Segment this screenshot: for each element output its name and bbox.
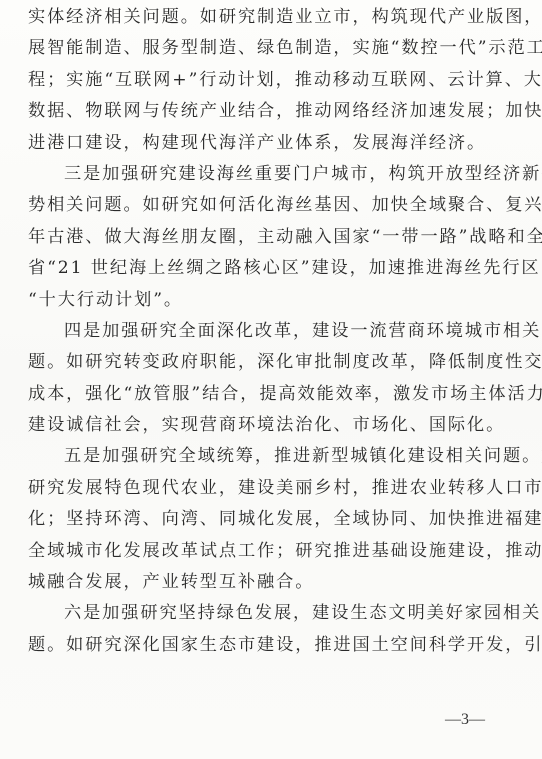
page-number: —3—: [445, 711, 485, 729]
text-line: 题。如研究深化国家生态市建设，推进国土空间科学开发，引导: [28, 630, 502, 661]
text-line: 全域城市化发展改革试点工作；研究推进基础设施建设，推动产: [28, 536, 502, 567]
paragraph-continued: 实体经济相关问题。如研究制造业立市，构筑现代产业版图，发 展智能制造、服务型制造…: [28, 2, 502, 159]
text-line: 进港口建设，构建现代海洋产业体系，发展海洋经济。: [28, 128, 502, 159]
paragraph-five: 五是加强研究全域统筹，推进新型城镇化建设相关问题。如 研究发展特色现代农业，建设…: [28, 441, 502, 598]
text-line: 四是加强研究全面深化改革，建设一流营商环境城市相关问: [28, 316, 502, 347]
text-line: 三是加强研究建设海丝重要门户城市，构筑开放型经济新优: [28, 159, 502, 190]
paragraph-six: 六是加强研究坚持绿色发展，建设生态文明美好家园相关问 题。如研究深化国家生态市建…: [28, 598, 502, 661]
text-line: 成本，强化“放管服”结合，提高效能效率，激发市场主体活力，: [28, 379, 502, 410]
paragraph-three: 三是加强研究建设海丝重要门户城市，构筑开放型经济新优 势相关问题。如研究如何活化…: [28, 159, 502, 316]
text-line: 势相关问题。如研究如何活化海丝基因、加快全域聚合、复兴千: [28, 190, 502, 221]
text-line: 化；坚持环湾、向湾、同城化发展，全域协同、加快推进福建省: [28, 504, 502, 535]
paragraph-four: 四是加强研究全面深化改革，建设一流营商环境城市相关问 题。如研究转变政府职能，深…: [28, 316, 502, 442]
text-line: 研究发展特色现代农业，建设美丽乡村，推进农业转移人口市民: [28, 473, 502, 504]
text-line: 实体经济相关问题。如研究制造业立市，构筑现代产业版图，发: [28, 2, 502, 33]
text-line: 建设诚信社会，实现营商环境法治化、市场化、国际化。: [28, 410, 502, 441]
text-line: 年古港、做大海丝朋友圈，主动融入国家“一带一路”战略和全: [28, 222, 502, 253]
text-line: “十大行动计划”。: [28, 285, 502, 316]
text-line: 展智能制造、服务型制造、绿色制造，实施“数控一代”示范工: [28, 33, 502, 64]
text-line: 程；实施“互联网+”行动计划，推动移动互联网、云计算、大: [28, 65, 502, 96]
text-line: 数据、物联网与传统产业结合，推动网络经济加速发展；加快推: [28, 96, 502, 127]
text-line: 城融合发展，产业转型互补融合。: [28, 567, 502, 598]
document-page: 实体经济相关问题。如研究制造业立市，构筑现代产业版图，发 展智能制造、服务型制造…: [0, 0, 542, 759]
text-line: 省“21 世纪海上丝绸之路核心区”建设，加速推进海丝先行区: [28, 253, 502, 284]
text-line: 五是加强研究全域统筹，推进新型城镇化建设相关问题。如: [28, 441, 502, 472]
text-line: 题。如研究转变政府职能，深化审批制度改革，降低制度性交易: [28, 347, 502, 378]
body-text: 实体经济相关问题。如研究制造业立市，构筑现代产业版图，发 展智能制造、服务型制造…: [28, 2, 502, 661]
text-line: 六是加强研究坚持绿色发展，建设生态文明美好家园相关问: [28, 598, 502, 629]
